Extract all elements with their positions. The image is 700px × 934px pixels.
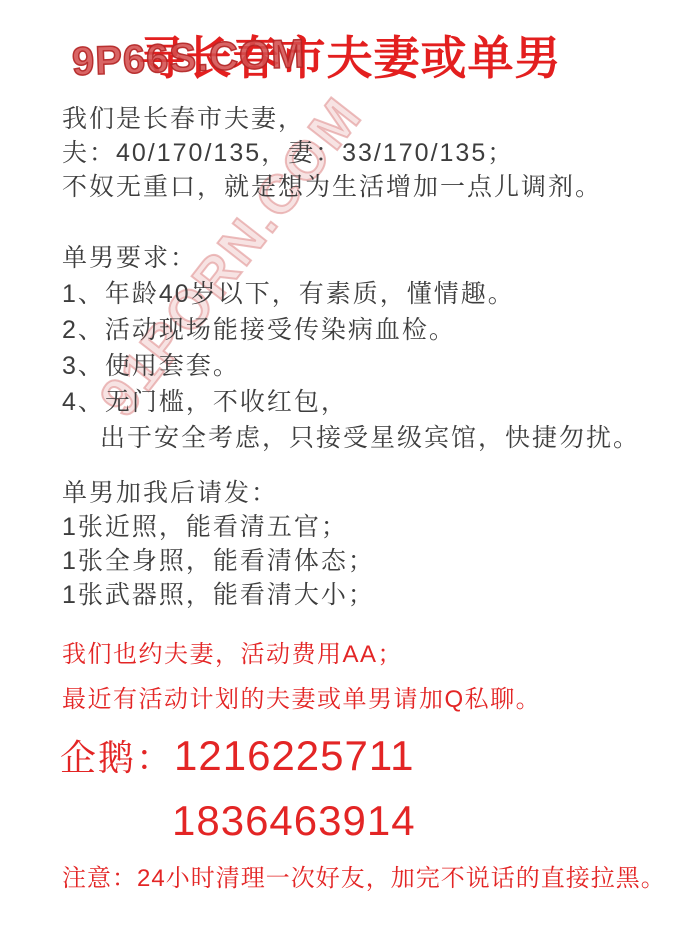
requirement-item-continuation: 出于安全考虑，只接受星级宾馆，快捷勿扰。 [62, 420, 640, 456]
intro-line: 我们是长春市夫妻， [62, 102, 602, 136]
intro-paragraph: 我们是长春市夫妻， 夫：40/170/135，妻：33/170/135； 不奴无… [62, 102, 602, 204]
red-notes-section: 我们也约夫妻，活动费用AA； 最近有活动计划的夫妻或单男请加Q私聊。 [62, 632, 541, 722]
requirement-item: 3、使用套套。 [62, 348, 640, 384]
photo-request-heading: 单男加我后请发： [62, 476, 375, 510]
top-left-watermark: 9P66S.COM [71, 32, 306, 85]
qq-number-2: 1836463914 [172, 797, 416, 845]
qq-number-1: 1216225711 [174, 732, 414, 779]
requirement-item: 1、年龄40岁以下，有素质，懂情趣。 [62, 276, 640, 312]
contact-section: 企鹅：1216225711 1836463914 [60, 730, 416, 845]
requirements-section: 单男要求： 1、年龄40岁以下，有素质，懂情趣。 2、活动现场能接受传染病血检。… [62, 240, 640, 456]
requirement-item: 4、无门槛，不收红包， [62, 384, 640, 420]
intro-line: 不奴无重口，就是想为生活增加一点儿调剂。 [62, 170, 602, 204]
contact-line: 企鹅：1216225711 [60, 730, 416, 781]
photo-request-item: 1张全身照，能看清体态； [62, 544, 375, 578]
photo-request-section: 单男加我后请发： 1张近照，能看清五官； 1张全身照，能看清体态； 1张武器照，… [62, 476, 375, 612]
note-line: 我们也约夫妻，活动费用AA； [62, 632, 541, 677]
warning-line: 注意：24小时清理一次好友，加完不说话的直接拉黑。 [62, 858, 666, 893]
requirement-item: 2、活动现场能接受传染病血检。 [62, 312, 640, 348]
contact-label: 企鹅： [60, 737, 174, 778]
photo-request-item: 1张武器照，能看清大小； [62, 578, 375, 612]
requirements-heading: 单男要求： [62, 240, 640, 276]
note-line: 最近有活动计划的夫妻或单男请加Q私聊。 [62, 677, 541, 722]
intro-line: 夫：40/170/135，妻：33/170/135； [62, 136, 602, 170]
photo-request-item: 1张近照，能看清五官； [62, 510, 375, 544]
flyer-page: 91PORN.COM 寻长春市夫妻或单男 9P66S.COM 我们是长春市夫妻，… [0, 0, 700, 934]
